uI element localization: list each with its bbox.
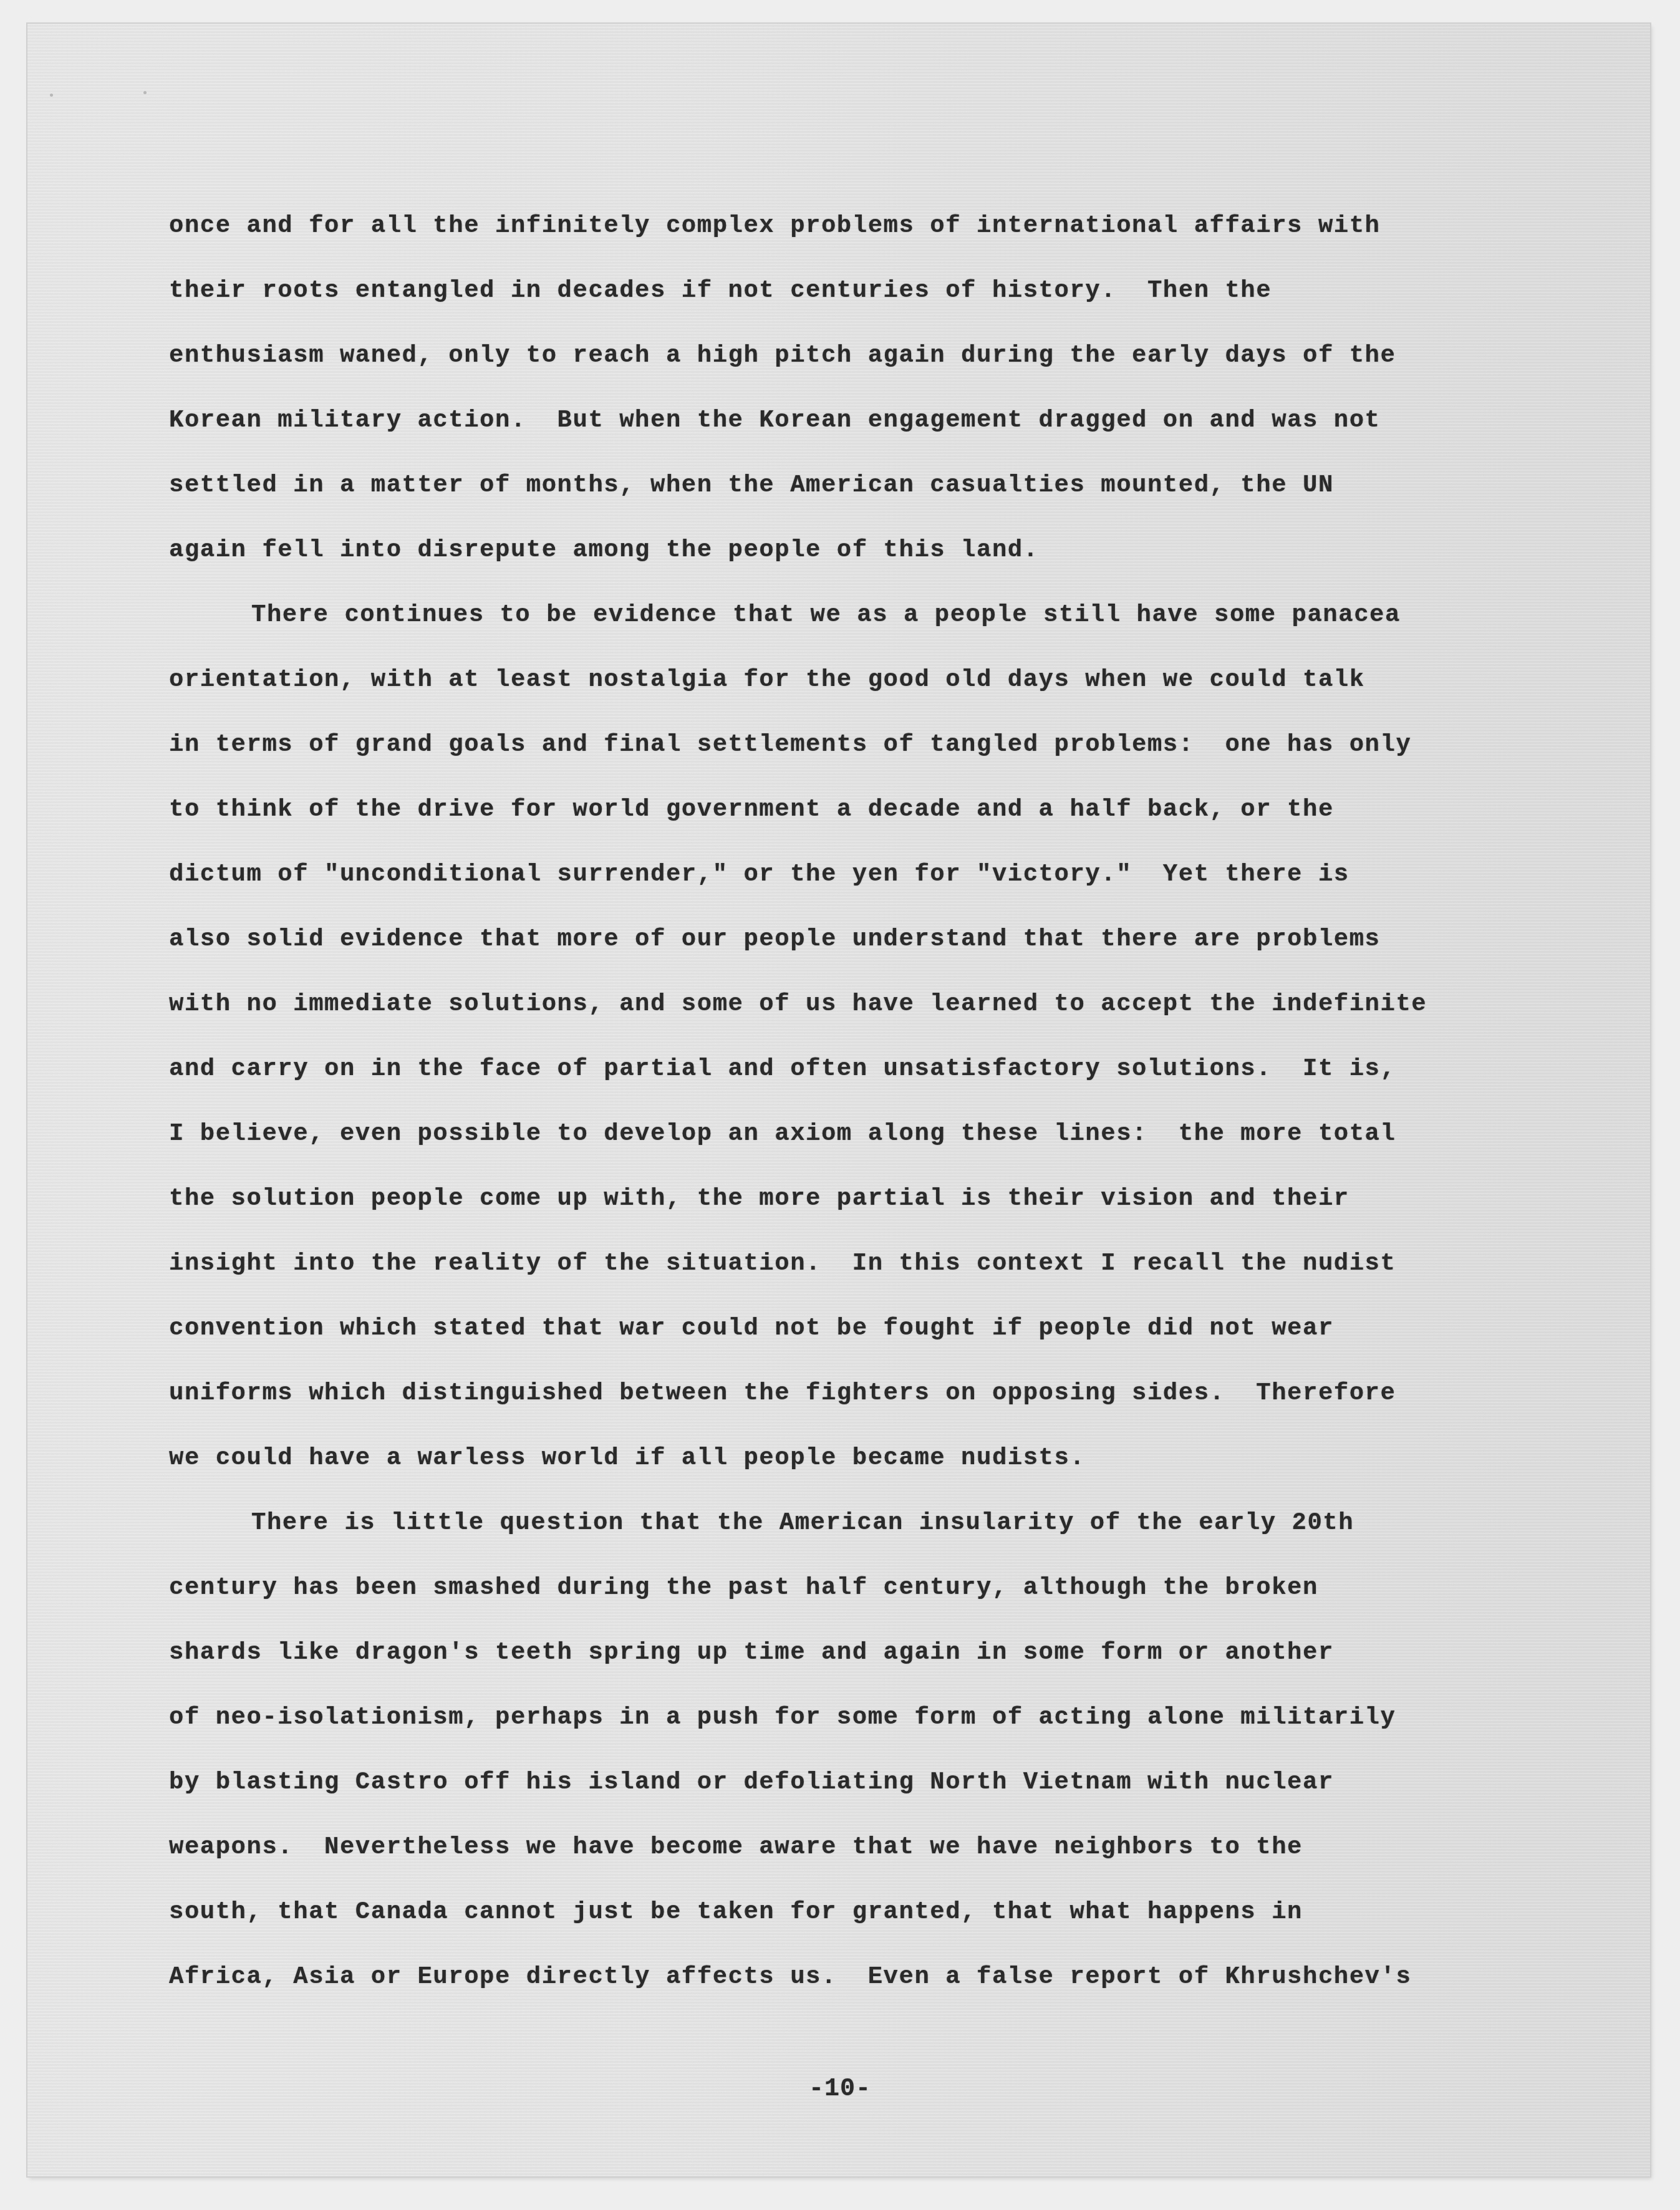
text-line: century has been smashed during the past… [169,1555,1510,1620]
text-line: I believe, even possible to develop an a… [169,1101,1510,1166]
text-line: There is little question that the Americ… [169,1490,1510,1555]
text-line: south, that Canada cannot just be taken … [169,1879,1510,1944]
paragraph-1: once and for all the infinitely complex … [169,193,1510,582]
text-line: their roots entangled in decades if not … [169,258,1510,323]
text-line: with no immediate solutions, and some of… [169,972,1510,1036]
text-line: in terms of grand goals and final settle… [169,712,1510,777]
text-line: insight into the reality of the situatio… [169,1231,1510,1296]
paragraph-2: There continues to be evidence that we a… [169,582,1510,1490]
text-line: and carry on in the face of partial and … [169,1036,1510,1101]
page-number: -10- [0,2075,1680,2103]
text-line: Africa, Asia or Europe directly affects … [169,1944,1510,2009]
text-line: There continues to be evidence that we a… [169,582,1510,647]
text-line: orientation, with at least nostalgia for… [169,647,1510,712]
text-line: to think of the drive for world governme… [169,777,1510,842]
text-line: also solid evidence that more of our peo… [169,907,1510,972]
text-line: uniforms which distinguished between the… [169,1361,1510,1426]
document-body: once and for all the infinitely complex … [169,193,1510,2009]
text-line: Korean military action. But when the Kor… [169,388,1510,453]
text-line: by blasting Castro off his island or def… [169,1750,1510,1815]
text-line: of neo-isolationism, perhaps in a push f… [169,1685,1510,1750]
text-line: shards like dragon's teeth spring up tim… [169,1620,1510,1685]
text-line: enthusiasm waned, only to reach a high p… [169,323,1510,388]
text-line: dictum of "unconditional surrender," or … [169,842,1510,907]
paragraph-3: There is little question that the Americ… [169,1490,1510,2009]
text-line: settled in a matter of months, when the … [169,453,1510,518]
text-line: again fell into disrepute among the peop… [169,518,1510,582]
text-line: once and for all the infinitely complex … [169,193,1510,258]
paper-speck [143,91,147,94]
paper-speck [50,94,53,97]
text-line: convention which stated that war could n… [169,1296,1510,1361]
text-line: we could have a warless world if all peo… [169,1426,1510,1490]
text-line: the solution people come up with, the mo… [169,1166,1510,1231]
text-line: weapons. Nevertheless we have become awa… [169,1815,1510,1879]
